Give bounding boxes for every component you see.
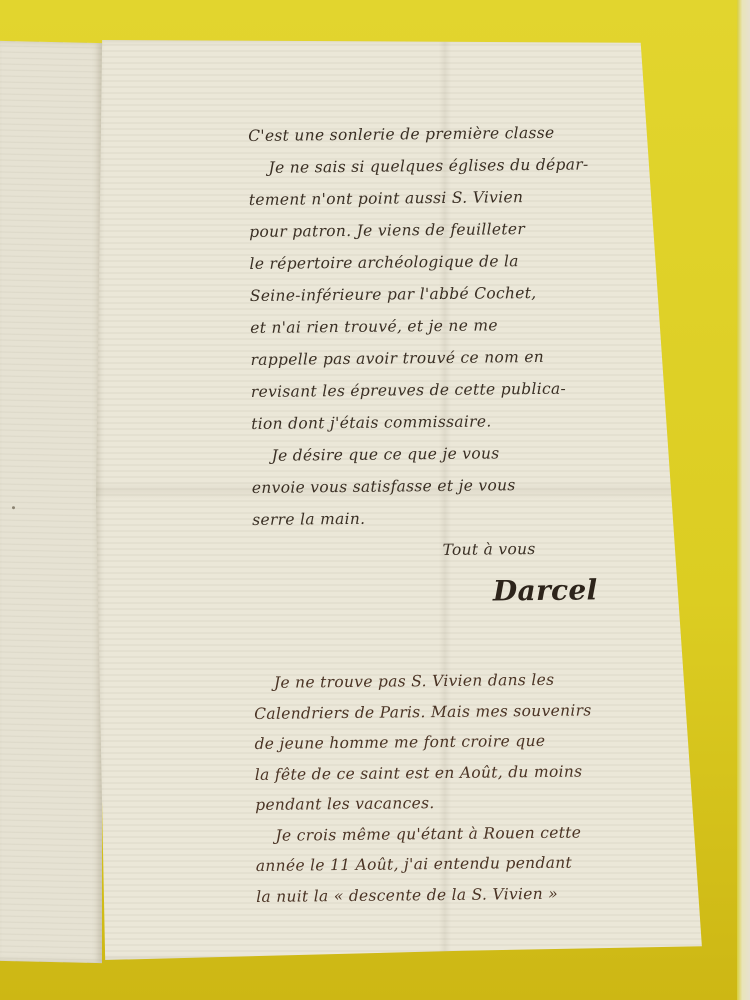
text-line: tement n'ont point aussi S. Vivien — [249, 179, 699, 216]
text-line: pendant les vacances. — [255, 785, 705, 820]
text-line: Je ne sais si quelques églises du dépar- — [248, 147, 698, 184]
text-line: Je crois même qu'étant à Rouen cette — [255, 816, 705, 851]
text-line: année le 11 Août, j'ai entendu pendant — [256, 846, 706, 881]
text-line: et n'ai rien trouvé, et je ne me — [250, 307, 700, 344]
text-line: Je désire que ce que je vous — [251, 435, 701, 472]
text-line: la fête de ce saint est en Août, du moin… — [255, 755, 705, 790]
postscript: Je ne trouve pas S. Vivien dans les Cale… — [254, 663, 707, 912]
adjacent-page-edge — [737, 0, 750, 1000]
closing: Tout à vous — [252, 531, 702, 568]
text-line: revisant les épreuves de cette publica- — [251, 371, 701, 408]
text-line: Seine-inférieure par l'abbé Cochet, — [250, 275, 700, 312]
text-line: Calendriers de Paris. Mais mes souvenirs — [254, 694, 704, 729]
text-line: C'est une sonlerie de première classe — [248, 115, 698, 152]
text-line: envoie vous satisfasse et je vous — [252, 467, 702, 504]
text-line: pour patron. Je viens de feuilleter — [249, 211, 699, 248]
text-line: Je ne trouve pas S. Vivien dans les — [254, 663, 704, 698]
text-line: rappelle pas avoir trouvé ce nom en — [250, 339, 700, 376]
letter-text: C'est une sonlerie de première classe Je… — [248, 115, 706, 912]
text-line: serre la main. — [252, 499, 702, 536]
text-line: de jeune homme me font croire que — [254, 724, 704, 759]
text-line: la nuit la « descente de la S. Vivien » — [256, 877, 706, 912]
text-line: le répertoire archéologique de la — [249, 243, 699, 280]
text-line: tion dont j'étais commissaire. — [251, 403, 701, 440]
left-folded-page — [0, 41, 102, 963]
ink-dot — [12, 506, 15, 509]
signature: Darcel — [253, 563, 704, 620]
